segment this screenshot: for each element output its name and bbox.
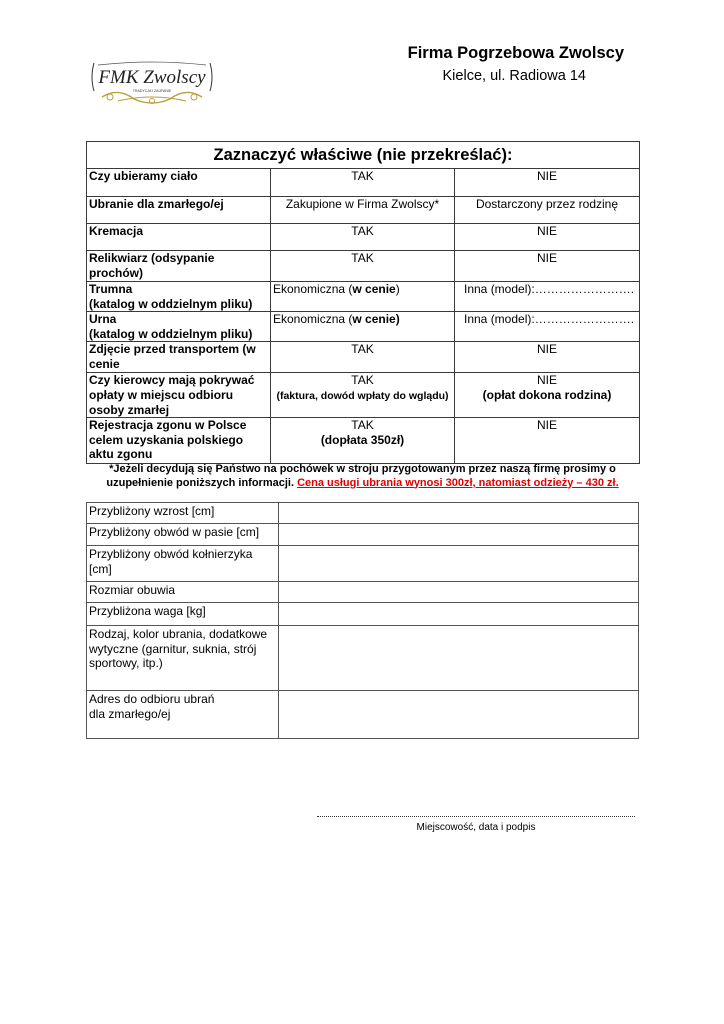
clothing-table: Przybliżony wzrost [cm] Przybliżony obwó… <box>86 502 639 739</box>
table-row: Czy kierowcy mają pokrywać opłaty w miej… <box>87 373 640 418</box>
option-other-coffin[interactable]: Inna (model):……………………. <box>455 282 640 312</box>
question-cell: Urna(katalog w oddzielnym pliku) <box>87 312 271 342</box>
option-bold-text: w cenie <box>352 282 395 296</box>
table-row: Przybliżona waga [kg] <box>87 603 639 626</box>
svg-text:TRADYCJA I ZAUFANIE: TRADYCJA I ZAUFANIE <box>133 89 172 93</box>
field-label: Rodzaj, kolor ubrania, dodatkowe wytyczn… <box>87 626 279 691</box>
clothing-type-field[interactable] <box>279 626 639 691</box>
question-cell: Relikwiarz (odsypanie prochów) <box>87 251 271 282</box>
option-tak[interactable]: TAK(dopłata 350zł) <box>271 418 455 464</box>
weight-field[interactable] <box>279 603 639 626</box>
option-nie[interactable]: NIE <box>455 224 640 251</box>
option-nie[interactable]: NIE <box>455 169 640 197</box>
option-text: Ekonomiczna ( <box>273 312 352 326</box>
question-cell: Czy ubieramy ciało <box>87 169 271 197</box>
option-purchased-clothing[interactable]: Zakupione w Firma Zwolscy* <box>271 197 455 224</box>
choices-table: Zaznaczyć właściwe (nie przekreślać): Cz… <box>86 141 640 464</box>
question-cell: Zdjęcie przed transportem (w cenie <box>87 342 271 373</box>
signature-label: Miejscowość, data i podpis <box>317 822 635 833</box>
option-other-urn[interactable]: Inna (model):……………………. <box>455 312 640 342</box>
question-cell: Trumna(katalog w oddzielnym pliku) <box>87 282 271 312</box>
field-label: Adres do odbioru ubrańdla zmarłego/ej <box>87 691 279 739</box>
field-label-line: dla zmarłego/ej <box>89 707 170 721</box>
question-subtitle: (katalog w oddzielnym pliku) <box>89 327 252 341</box>
option-nie[interactable]: NIE <box>455 342 640 373</box>
option-label: NIE <box>537 373 557 387</box>
option-text: ) <box>396 282 400 296</box>
collar-field[interactable] <box>279 546 639 582</box>
option-nie[interactable]: NIE <box>455 418 640 464</box>
table-row: Kremacja TAK NIE <box>87 224 640 251</box>
option-note: (faktura, dowód wpłaty do wglądu) <box>276 390 448 402</box>
question-cell: Kremacja <box>87 224 271 251</box>
height-field[interactable] <box>279 503 639 524</box>
option-note: (dopłata 350zł) <box>321 433 404 447</box>
option-text: Ekonomiczna ( <box>273 282 352 296</box>
clothing-footnote: *Jeżeli decydują się Państwo na pochówek… <box>86 463 639 490</box>
table-row: Trumna(katalog w oddzielnym pliku) Ekono… <box>87 282 640 312</box>
table-row: Przybliżony wzrost [cm] <box>87 503 639 524</box>
option-label: TAK <box>351 418 373 432</box>
option-tak[interactable]: TAK <box>271 251 455 282</box>
option-nie[interactable]: NIE(opłat dokona rodzina) <box>455 373 640 418</box>
field-label: Przybliżony obwód kołnierzyka [cm] <box>87 546 279 582</box>
company-address: Kielce, ul. Radiowa 14 <box>0 68 586 84</box>
table-row: Przybliżony obwód kołnierzyka [cm] <box>87 546 639 582</box>
table-row: Adres do odbioru ubrańdla zmarłego/ej <box>87 691 639 739</box>
option-economic-coffin[interactable]: Ekonomiczna (w cenie) <box>271 282 455 312</box>
company-name: Firma Pogrzebowa Zwolscy <box>0 44 624 63</box>
question-title: Trumna <box>89 282 132 296</box>
table-row: Czy ubieramy ciało TAK NIE <box>87 169 640 197</box>
table-row: Ubranie dla zmarłego/ej Zakupione w Firm… <box>87 197 640 224</box>
option-economic-urn[interactable]: Ekonomiczna (w cenie) <box>271 312 455 342</box>
table-row: Przybliżony obwód w pasie [cm] <box>87 524 639 546</box>
waist-field[interactable] <box>279 524 639 546</box>
table-row: Zdjęcie przed transportem (w cenie TAK N… <box>87 342 640 373</box>
option-label: TAK <box>351 373 373 387</box>
signature-line[interactable] <box>317 816 635 817</box>
table-row: Rozmiar obuwia <box>87 582 639 603</box>
option-note: (opłat dokona rodzina) <box>483 388 612 402</box>
option-tak[interactable]: TAK <box>271 224 455 251</box>
question-cell: Ubranie dla zmarłego/ej <box>87 197 271 224</box>
question-title: Urna <box>89 312 116 326</box>
question-cell: Czy kierowcy mają pokrywać opłaty w miej… <box>87 373 271 418</box>
option-nie[interactable]: NIE <box>455 251 640 282</box>
option-tak[interactable]: TAK <box>271 342 455 373</box>
field-label-line: Adres do odbioru ubrań <box>89 692 214 706</box>
table-row: Rodzaj, kolor ubrania, dodatkowe wytyczn… <box>87 626 639 691</box>
table-row: Relikwiarz (odsypanie prochów) TAK NIE <box>87 251 640 282</box>
option-tak[interactable]: TAK(faktura, dowód wpłaty do wglądu) <box>271 373 455 418</box>
option-family-clothing[interactable]: Dostarczony przez rodzinę <box>455 197 640 224</box>
option-bold-text: w cenie) <box>352 312 399 326</box>
field-label: Przybliżony wzrost [cm] <box>87 503 279 524</box>
price-highlight: Cena usługi ubrania wynosi 300zł, natomi… <box>297 477 619 489</box>
field-label: Przybliżona waga [kg] <box>87 603 279 626</box>
option-tak[interactable]: TAK <box>271 169 455 197</box>
question-subtitle: (katalog w oddzielnym pliku) <box>89 297 252 311</box>
field-label: Rozmiar obuwia <box>87 582 279 603</box>
choices-table-title: Zaznaczyć właściwe (nie przekreślać): <box>87 142 640 169</box>
pickup-address-field[interactable] <box>279 691 639 739</box>
question-cell: Rejestracja zgonu w Polsce celem uzyskan… <box>87 418 271 464</box>
shoe-size-field[interactable] <box>279 582 639 603</box>
table-row: Rejestracja zgonu w Polsce celem uzyskan… <box>87 418 640 464</box>
table-row: Urna(katalog w oddzielnym pliku) Ekonomi… <box>87 312 640 342</box>
field-label: Przybliżony obwód w pasie [cm] <box>87 524 279 546</box>
